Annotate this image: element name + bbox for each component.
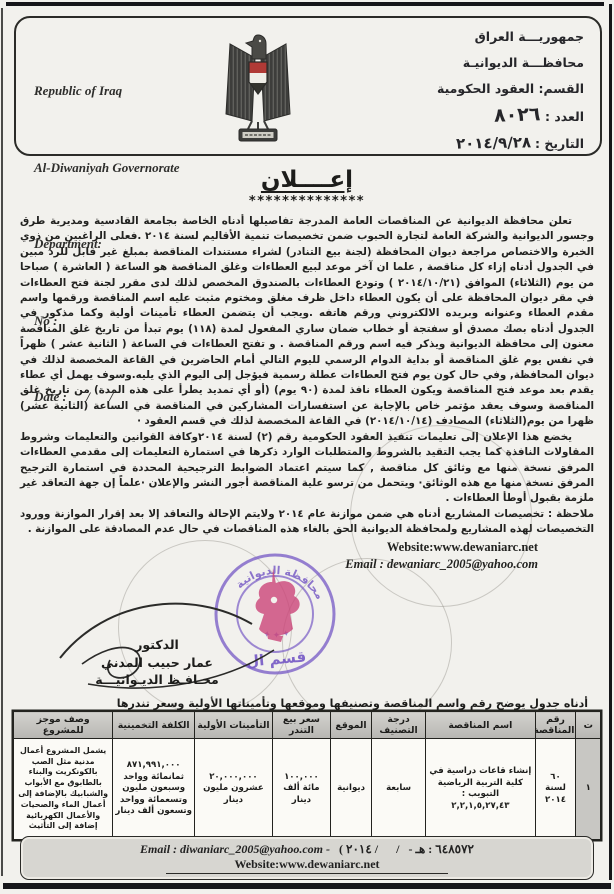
table-caption: أدناه جدول يوضح رقم واسم المناقصة وتصنيف…: [117, 697, 588, 710]
cell-initial-deposit: ٢٠,٠٠٠,٠٠٠ عشرون مليون دينار: [195, 739, 273, 840]
letterhead-country-ar: جمهوريـــة العراق: [437, 24, 584, 50]
letterhead-country-en: Republic of Iraq: [34, 78, 180, 104]
scan-frame-bottom: [3, 883, 611, 889]
signatory-role: محـافـظ الديـوانيـــة: [82, 671, 232, 689]
footer-line1: Email : diwaniarc_2005@yahoo.com - ( ٢٠١…: [140, 842, 474, 857]
col-tender-name: اسم المناقصة: [426, 712, 535, 739]
col-description: وصف موجز للمشروع: [14, 712, 113, 739]
cell-tender-price: ١٠٠,٠٠٠ مائة ألف دينار: [272, 739, 330, 840]
table-header-row: ت رقم المناقصة اسم المناقصة درجة التصنيف…: [14, 712, 601, 739]
col-seq: ت: [576, 712, 601, 739]
tender-table: ت رقم المناقصة اسم المناقصة درجة التصنيف…: [13, 711, 601, 840]
iraq-coat-of-arms-icon: [222, 28, 294, 144]
date-value: ٢٠١٤/٩/٢٨: [455, 129, 530, 156]
table-row: ١ ٦٠ لسنة ٢٠١٤ إنشاء قاعات دراسية في كلي…: [14, 739, 601, 840]
cell-tender-number: ٦٠ لسنة ٢٠١٤: [535, 739, 576, 840]
footer-email: Email : diwaniarc_2005@yahoo.com -: [140, 842, 330, 857]
cell-location: ديوانية: [331, 739, 372, 840]
cell-description: يشمل المشروع أعمال مدنية مثل الصب بالكون…: [14, 739, 113, 840]
col-tender-price: سعر بيع التندر: [272, 712, 330, 739]
col-tender-number: رقم المناقصة: [535, 712, 576, 739]
footer-phone: - ٦٤٨٥٧٢ : هـ: [408, 842, 474, 857]
footer-date: ( ٢٠١٤ / /: [339, 842, 399, 857]
footer-website: Website:www.dewaniarc.net: [166, 857, 447, 874]
col-estimated-cost: الكلفة التخمينية: [113, 712, 195, 739]
letterhead-arabic: جمهوريـــة العراق محافظـــة الديوانيـة ا…: [437, 24, 584, 157]
letterhead-number-row: العدد : ٨٠٢٦: [437, 102, 584, 130]
cell-seq: ١: [576, 739, 601, 840]
number-label: العدد :: [545, 109, 584, 124]
footer-contact-box: Email : diwaniarc_2005@yahoo.com - ( ٢٠١…: [20, 836, 594, 880]
letterhead-date-row: التاريخ : ٢٠١٤/٩/٢٨: [437, 130, 584, 157]
cell-tender-name: إنشاء قاعات دراسية في كلية التربية الريا…: [426, 739, 535, 840]
letterhead-department-ar: القسم: العقود الحكومية: [437, 76, 584, 102]
paragraph-main: تعلن محافظة الديوانية عن المناقصات العام…: [20, 214, 594, 430]
col-location: الموقع: [331, 712, 372, 739]
number-value: ٨٠٢٦: [494, 101, 541, 129]
title-block: إعــــلان **************: [0, 167, 614, 209]
signatory-name: عمار حبيب المدني: [82, 654, 232, 672]
scanned-tender-announcement: Republic of Iraq Al-Diwaniyah Governorat…: [0, 0, 614, 894]
letterhead: Republic of Iraq Al-Diwaniyah Governorat…: [14, 16, 602, 156]
letterhead-governorate-ar: محافظـــة الديوانيـة: [437, 50, 584, 76]
col-classification: درجة التصنيف: [371, 712, 425, 739]
scan-frame-top: [6, 2, 604, 6]
scan-frame-right: [609, 4, 612, 880]
signature-block: الدكتور عمار حبيب المدني محـافـظ الديـوا…: [82, 636, 232, 689]
signatory-title: الدكتور: [82, 636, 232, 654]
scan-frame-left: [1, 8, 3, 876]
cell-estimated-cost: ٨٧١,٩٩١,٠٠٠ ثمانمائة وواحد وسبعون مليون …: [113, 739, 195, 840]
cell-classification: سابعة: [371, 739, 425, 840]
col-initial-deposit: التأمينات الأولية: [195, 712, 273, 739]
title-separator: **************: [0, 194, 614, 209]
page-title: إعــــلان: [0, 167, 614, 193]
date-label: التاريخ :: [535, 136, 584, 151]
